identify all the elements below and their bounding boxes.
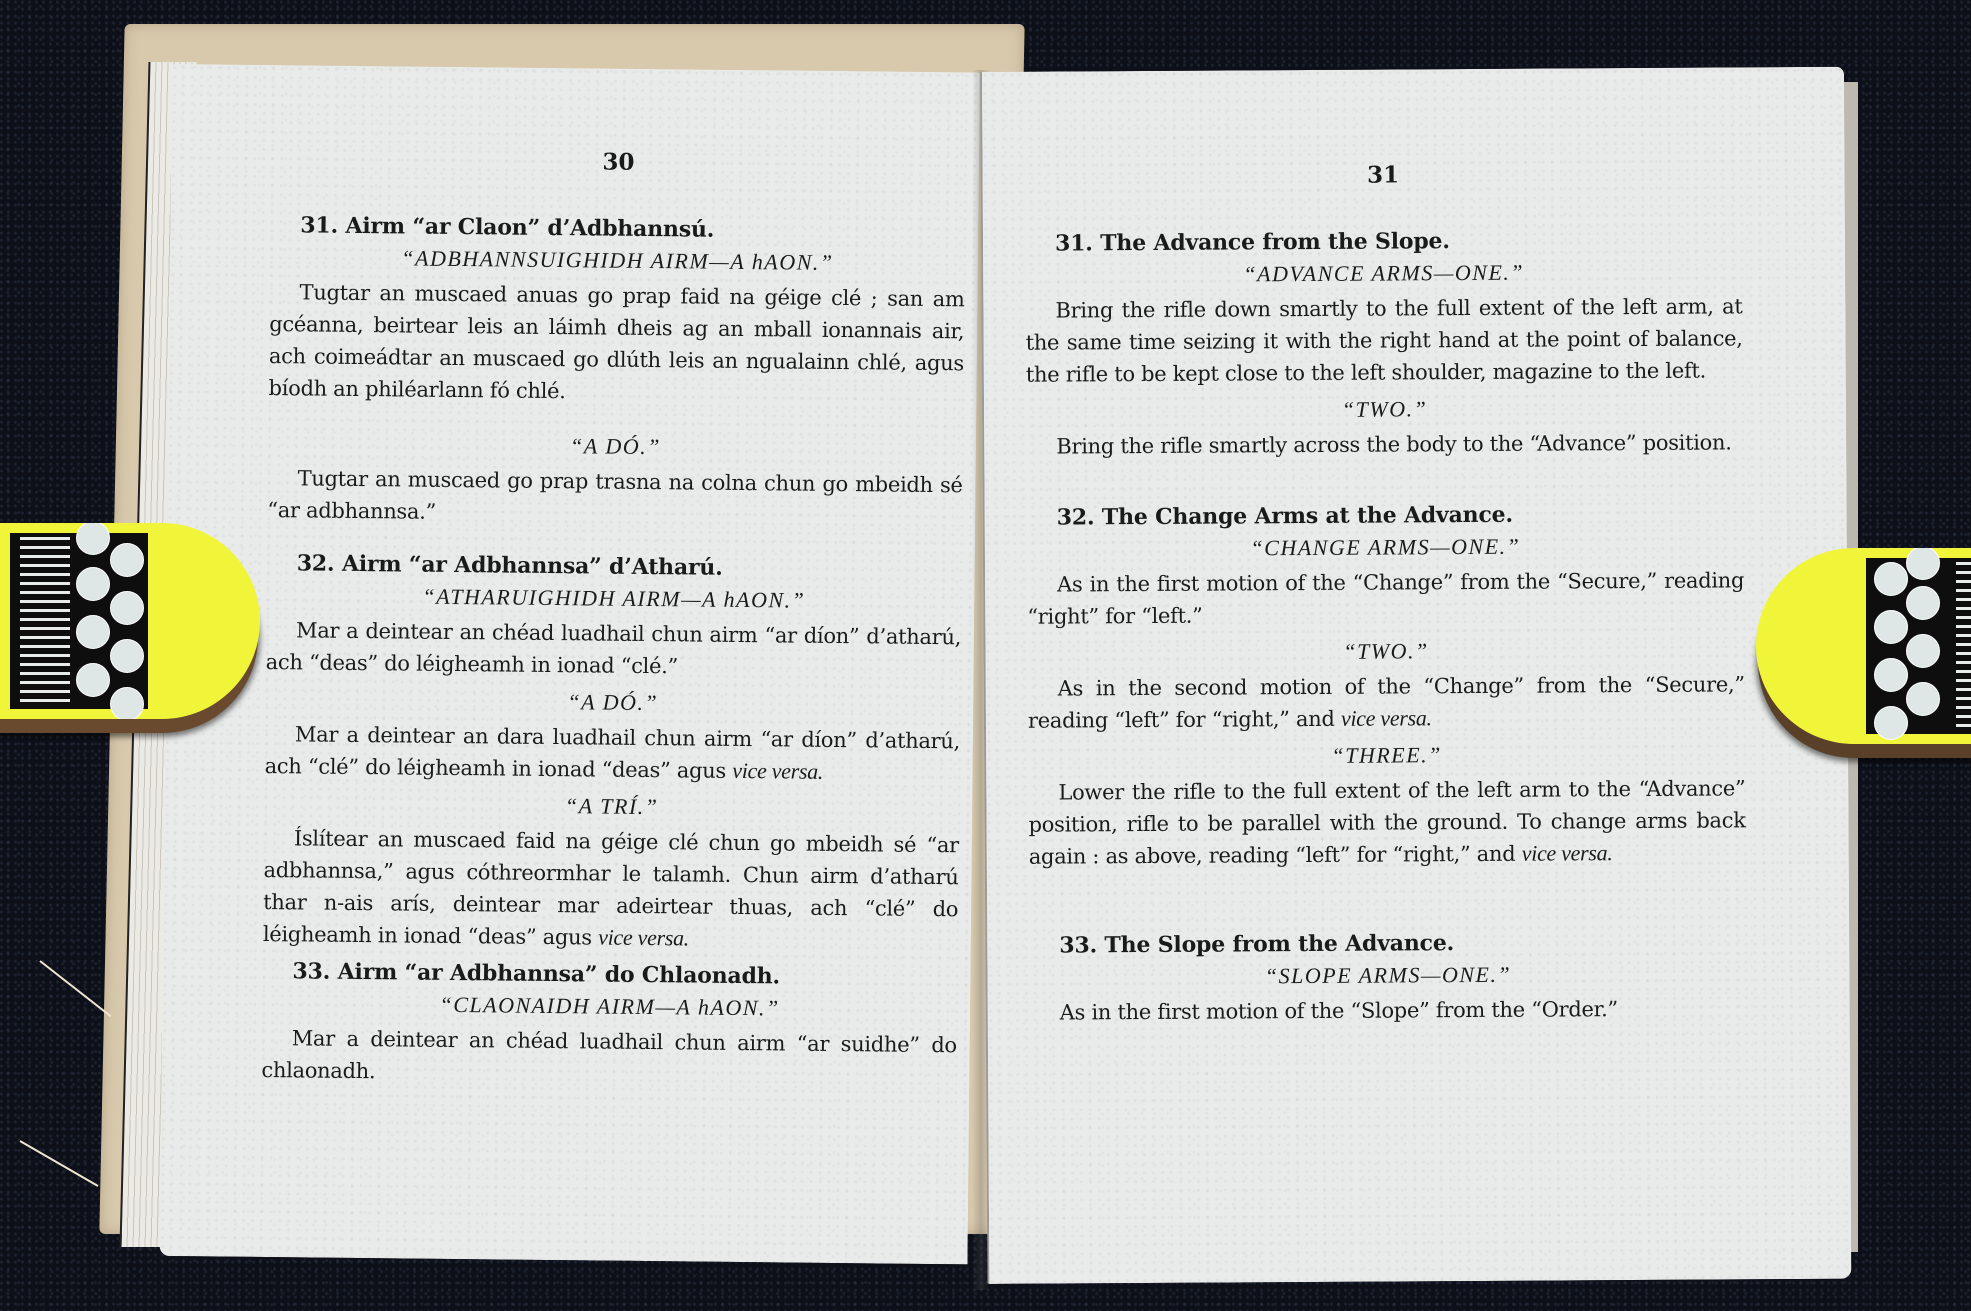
section-heading: 32. The Change Arms at the Advance.	[1057, 500, 1744, 530]
clip-dot	[1874, 562, 1908, 596]
instruction-text: Tugtar an muscaed anuas go prap faid na …	[268, 276, 964, 411]
instruction-text: Tugtar an muscaed go prap trasna na coln…	[267, 462, 963, 533]
section-heading: 31. The Advance from the Slope.	[1055, 226, 1742, 256]
clip-dot	[110, 639, 144, 673]
clip-dot	[110, 543, 144, 577]
drill-command: “ADVANCE ARMS—ONE.”	[1025, 258, 1742, 288]
drill-command: “A TRÍ.”	[264, 790, 959, 823]
drill-command: “A DÓ.”	[265, 686, 960, 719]
clip-dot	[1874, 706, 1908, 740]
clip-dot	[76, 663, 110, 697]
clip-dot	[76, 523, 110, 555]
italic-phrase: vice versa.	[732, 758, 823, 784]
page-number: 30	[271, 145, 966, 179]
left-page-content: 30 31. Airm “ar Claon” d’Adbhannsú. “ADB…	[261, 145, 966, 1101]
instruction-text: Mar a deintear an dara luadhail chun air…	[264, 718, 960, 789]
instruction-text: Mar a deintear an chéad luadhail chun ai…	[261, 1022, 957, 1093]
drill-command: “TWO.”	[1027, 636, 1744, 666]
clip-dot	[110, 591, 144, 625]
clip-pattern	[1866, 558, 1971, 734]
section-heading: 33. The Slope from the Advance.	[1059, 928, 1746, 958]
italic-phrase: vice versa.	[598, 925, 689, 951]
right-page-content: 31 31. The Advance from the Slope. “ADVA…	[1025, 159, 1747, 1036]
clip-dot	[1906, 548, 1940, 580]
instruction-text-body: Mar a deintear an dara luadhail chun air…	[265, 722, 961, 783]
clip-dot	[1906, 586, 1940, 620]
page-number: 31	[1025, 159, 1742, 190]
drill-command: “ADBHANNSUIGHIDH AIRM—A hAON.”	[270, 244, 965, 277]
instruction-text: Bring the rifle down smartly to the full…	[1025, 290, 1743, 390]
italic-phrase: vice versa.	[1522, 840, 1613, 866]
section-heading: 32. Airm “ar Adbhannsa” d’Atharú.	[297, 550, 962, 583]
clip-dot	[1874, 610, 1908, 644]
instruction-text: Íslítear an muscaed faid na géige clé ch…	[263, 822, 959, 957]
instruction-text: Mar a deintear an chéad luadhail chun ai…	[266, 614, 962, 685]
drill-command: “CLAONAIDH AIRM—A hAON.”	[262, 990, 957, 1023]
clip-dot	[76, 567, 110, 601]
clip-dot	[1906, 634, 1940, 668]
drill-command: “TWO.”	[1026, 394, 1743, 424]
instruction-text: Bring the rifle smartly across the body …	[1026, 426, 1743, 462]
instruction-text: Lower the rifle to the full extent of th…	[1028, 772, 1746, 872]
clip-stripes	[20, 537, 70, 705]
clip-dot	[76, 615, 110, 649]
left-page: 30 31. Airm “ar Claon” d’Adbhannsú. “ADB…	[160, 64, 980, 1264]
page-clip-icon	[1756, 548, 1971, 744]
instruction-text: As in the second motion of the “Change” …	[1028, 668, 1745, 736]
instruction-text: As in the first motion of the “Slope” fr…	[1030, 992, 1747, 1028]
drill-command: “THREE.”	[1028, 740, 1745, 770]
clip-pattern	[10, 533, 148, 709]
cover-crease	[39, 960, 111, 1017]
clip-dot	[1874, 658, 1908, 692]
drill-command: “CHANGE ARMS—ONE.”	[1027, 532, 1744, 562]
book-photo-scene: 30 31. Airm “ar Claon” d’Adbhannsú. “ADB…	[0, 0, 1971, 1311]
drill-command: “SLOPE ARMS—ONE.”	[1029, 960, 1746, 990]
section-heading: 31. Airm “ar Claon” d’Adbhannsú.	[300, 212, 965, 245]
italic-phrase: vice versa.	[1341, 705, 1432, 731]
clip-stripes	[1956, 562, 1971, 730]
instruction-text-body: Lower the rifle to the full extent of th…	[1029, 776, 1746, 868]
clip-dot	[1906, 682, 1940, 716]
cover-crease	[20, 1140, 99, 1187]
drill-command: “ATHARUIGHIDH AIRM—A hAON.”	[266, 582, 961, 615]
right-page: 31 31. The Advance from the Slope. “ADVA…	[980, 67, 1851, 1284]
section-heading: 33. Airm “ar Adbhannsa” do Chlaonadh.	[292, 958, 957, 991]
drill-command: “A DÓ.”	[268, 430, 963, 463]
page-clip-icon	[0, 523, 260, 719]
clip-dot	[110, 687, 144, 719]
instruction-text: As in the first motion of the “Change” f…	[1027, 564, 1744, 632]
